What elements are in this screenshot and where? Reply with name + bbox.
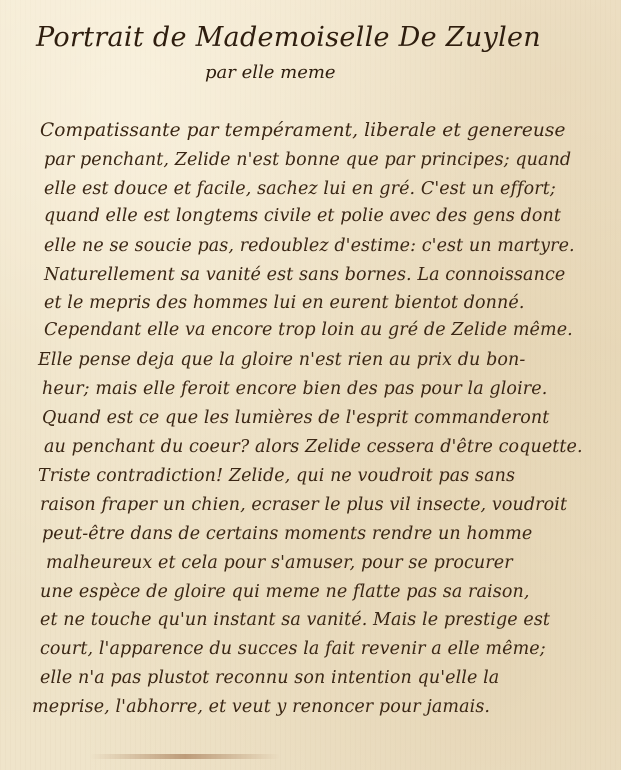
- manuscript-line: raison fraper un chien, ecraser le plus …: [40, 495, 567, 515]
- manuscript-line: par penchant, Zelide n'est bonne que par…: [44, 150, 571, 170]
- manuscript-line: malheureux et cela pour s'amuser, pour s…: [46, 553, 513, 573]
- manuscript-line: elle est douce et facile, sachez lui en …: [44, 179, 556, 199]
- manuscript-line: elle n'a pas plustot reconnu son intenti…: [40, 668, 499, 688]
- manuscript-line: et ne touche qu'un instant sa vanité. Ma…: [40, 610, 550, 630]
- manuscript-line: heur; mais elle feroit encore bien des p…: [42, 379, 547, 399]
- manuscript-body: Compatissante par tempérament, liberale …: [0, 0, 621, 770]
- manuscript-line: Naturellement sa vanité est sans bornes.…: [44, 265, 565, 285]
- manuscript-line: elle ne se soucie pas, redoublez d'estim…: [44, 236, 575, 256]
- manuscript-line: Elle pense deja que la gloire n'est rien…: [38, 350, 525, 370]
- manuscript-line: peut-être dans de certains moments rendr…: [42, 524, 532, 544]
- manuscript-line: une espèce de gloire qui meme ne flatte …: [40, 582, 530, 602]
- ink-smudge: [90, 754, 280, 759]
- manuscript-line: et le mepris des hommes lui en eurent bi…: [44, 293, 525, 313]
- manuscript-line: Cependant elle va encore trop loin au gr…: [44, 320, 573, 340]
- manuscript-line: Compatissante par tempérament, liberale …: [40, 120, 566, 141]
- manuscript-line: Triste contradiction! Zelide, qui ne vou…: [38, 466, 515, 486]
- manuscript-line: au penchant du coeur? alors Zelide cesse…: [44, 437, 583, 457]
- manuscript-line: quand elle est longtems civile et polie …: [44, 206, 561, 226]
- manuscript-line: court, l'apparence du succes la fait rev…: [40, 639, 546, 659]
- manuscript-page: Portrait de Mademoiselle De Zuylen par e…: [0, 0, 621, 770]
- manuscript-line: meprise, l'abhorre, et veut y renoncer p…: [32, 697, 490, 717]
- manuscript-line: Quand est ce que les lumières de l'espri…: [42, 408, 549, 428]
